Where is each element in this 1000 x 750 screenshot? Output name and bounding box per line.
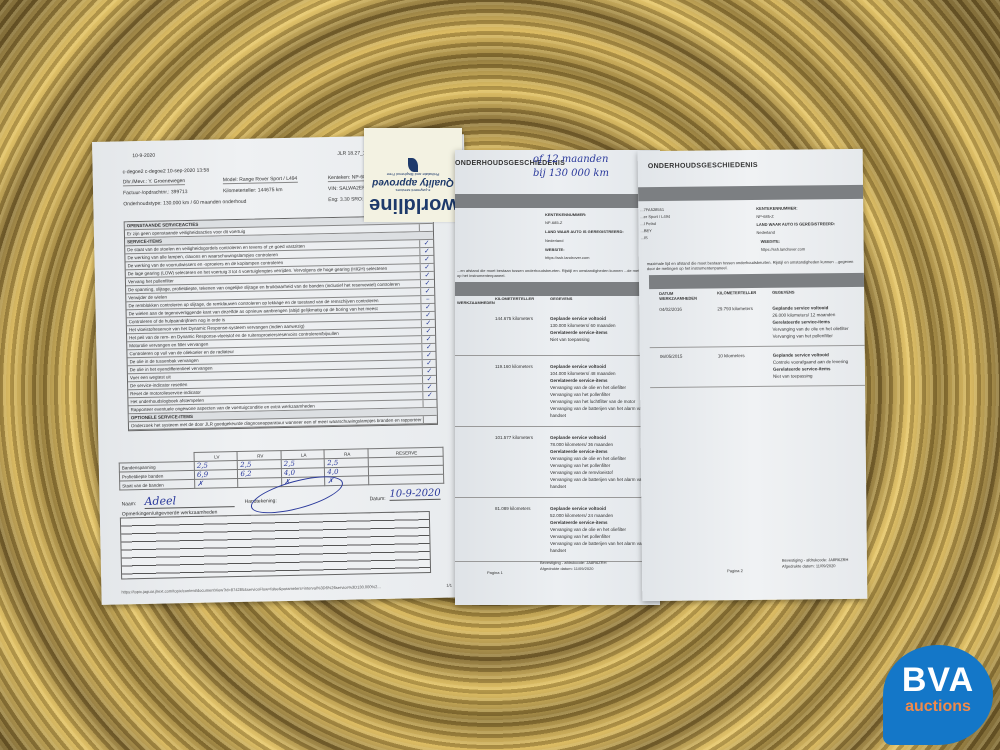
page-number: 1/1	[446, 583, 452, 588]
form-header-line: c-degoe2 c-degoe2 10-sep-2020 13:58	[123, 168, 210, 176]
website-label: WEBSITE:	[761, 239, 781, 244]
check-mark-icon: ✓	[420, 288, 434, 295]
invoice: Factuur-/opdrachtnr.: 399713	[123, 189, 188, 196]
country-value: Nederland	[545, 238, 563, 243]
date-label: Datum:	[369, 496, 385, 502]
website-link[interactable]: https://ssh.landrover.com	[545, 255, 589, 260]
check-mark-icon: ✓	[420, 264, 434, 271]
history-note: maximale tijd en afstand die moet bestaa…	[647, 259, 857, 271]
check-mark-icon: ✓	[421, 352, 435, 359]
check-mark-icon: ✓	[420, 304, 434, 311]
check-mark-icon: –	[420, 296, 434, 303]
check-mark-icon: ✓	[421, 320, 435, 327]
col-header: GEGEVENS	[772, 290, 795, 295]
col-header: KILOMETERTELLER	[495, 296, 534, 301]
service-checklist-table: OPENSTAANDE SERVICEACTIESEr zijn geen op…	[124, 215, 438, 431]
footer-date: Afgedrukte datum: 11/09/2020	[782, 563, 836, 569]
entry-km: 29.793 kilometers	[717, 305, 753, 312]
check-mark-icon: ✓	[421, 336, 435, 343]
logo-sub: auctions	[883, 698, 993, 716]
country-label: LAND WAAR AUTO IS GEREGISTREERD:	[545, 229, 624, 234]
bva-auctions-logo: BVA auctions	[883, 645, 993, 745]
entry-date: 06/05/2015	[660, 353, 683, 360]
name-label: Naam:	[122, 501, 137, 507]
page-number: Pagina 1	[487, 570, 503, 575]
vehicle-info: ...7FA528551...er Sport / L494...l Petro…	[640, 206, 670, 241]
plate-label: KENTEKENNUMMER:	[756, 206, 797, 211]
footer-url: https://topix.jaguar.jlrext.com/topix/co…	[121, 584, 380, 594]
check-mark-icon: ✓	[421, 312, 435, 319]
plate-value: NP-685-Z	[545, 220, 562, 225]
check-mark-icon: ✓	[421, 328, 435, 335]
col-header: DATUM WERKZAAMHEDEN	[659, 291, 699, 301]
page-number: Pagina 2	[727, 568, 743, 573]
check-mark-icon: ✓	[422, 368, 436, 375]
website-label: WEBSITE:	[545, 247, 565, 252]
table-bar	[455, 282, 660, 296]
handwritten-note-1: of 12 maanden	[533, 154, 608, 165]
service-type: Onderhoudstype: 130.000 km / 60 maanden …	[123, 199, 246, 208]
entry-details: Geplande service voltooid26.000 kilomete…	[772, 304, 848, 340]
sticker-badge: Quality approved	[364, 177, 462, 188]
handwritten-note-2: bij 130 000 km	[533, 168, 609, 179]
check-mark-icon: ✓	[419, 256, 433, 263]
maintenance-history-page-2: ONDERHOUDSGESCHIEDENIS ...7FA528551...er…	[638, 149, 868, 601]
check-mark-icon: ✓	[419, 240, 433, 247]
check-mark-icon: ✓	[419, 248, 433, 255]
name-value: Adeel	[144, 493, 234, 509]
entry-km: 101.577 kilometers	[495, 434, 533, 441]
form-date: 10-9-2020	[132, 153, 155, 159]
check-mark-icon: ✓	[422, 376, 436, 383]
footer-date: Afgedrukte datum: 11/09/2020	[540, 566, 594, 571]
entry-km: 119.160 kilometers	[495, 363, 533, 370]
leaf-icon	[408, 158, 418, 172]
history-note: ...en afstand die moet bestaan tussen on…	[457, 268, 652, 278]
check-mark-icon	[422, 400, 436, 407]
table-bar	[649, 273, 864, 289]
history-title: ONDERHOUDSGESCHIEDENIS	[648, 162, 758, 170]
mileage: Kilometerteller: 144675 km	[223, 187, 283, 194]
country-value: Nederland	[756, 230, 775, 235]
header-bar	[455, 194, 660, 208]
header-bar	[638, 185, 863, 201]
entry-km: 144.675 kilometers	[495, 315, 533, 322]
check-mark-icon	[423, 416, 437, 423]
logo-brand: BVA	[883, 661, 993, 700]
footer-code: Bevestiging - afdrukcode: JA8R6ZRH	[782, 557, 849, 563]
col-header: WERKZAAMHEDEN	[457, 300, 495, 305]
check-mark-icon: ✓	[422, 392, 436, 399]
date-value: 10-9-2020	[389, 488, 441, 501]
check-mark-icon: ✓	[420, 272, 434, 279]
check-mark-icon	[419, 224, 433, 231]
check-mark-icon: ✓	[422, 384, 436, 391]
entry-date: 04/02/2016	[659, 306, 682, 313]
col-header: GEGEVENS	[550, 296, 572, 301]
advisor: Dhr./Mevr.: Y. Groenewegen	[123, 178, 185, 186]
entry-details: Geplande service voltooid52.000 kilomete…	[550, 505, 655, 554]
entry-km: 10 kilometers	[718, 352, 745, 359]
maintenance-history-page-1: ONDERHOUDSGESCHIEDENIS of 12 maanden bij…	[455, 150, 660, 605]
plate-label: KENTEKENNUMMER:	[545, 212, 586, 217]
sticker-brand: worldline	[364, 193, 462, 216]
footer-code: Bevestiging - afdrukcode: JA8R6ZRH	[540, 560, 606, 565]
check-mark-icon: ✓	[421, 344, 435, 351]
website-link[interactable]: https://ssh.landrover.com	[761, 246, 806, 251]
remarks-box	[120, 511, 431, 579]
entry-details: Geplande service voltooidControle vooraf…	[773, 351, 849, 380]
entry-km: 81.089 kilometers	[495, 505, 531, 512]
plate-value: NP-685-Z	[756, 214, 773, 219]
check-mark-icon: ✓	[422, 360, 436, 367]
col-header: KILOMETERTELLER	[717, 290, 756, 295]
model: Model: Range Rover Sport / L494	[223, 176, 298, 185]
check-mark-icon: ✓	[420, 280, 434, 287]
entry-details: Geplande service voltooid78.000 kilomete…	[550, 434, 655, 490]
country-label: LAND WAAR AUTO IS GEREGISTREERD:	[756, 221, 835, 227]
worldline-sticker: worldline e-payment services Quality app…	[364, 128, 462, 222]
